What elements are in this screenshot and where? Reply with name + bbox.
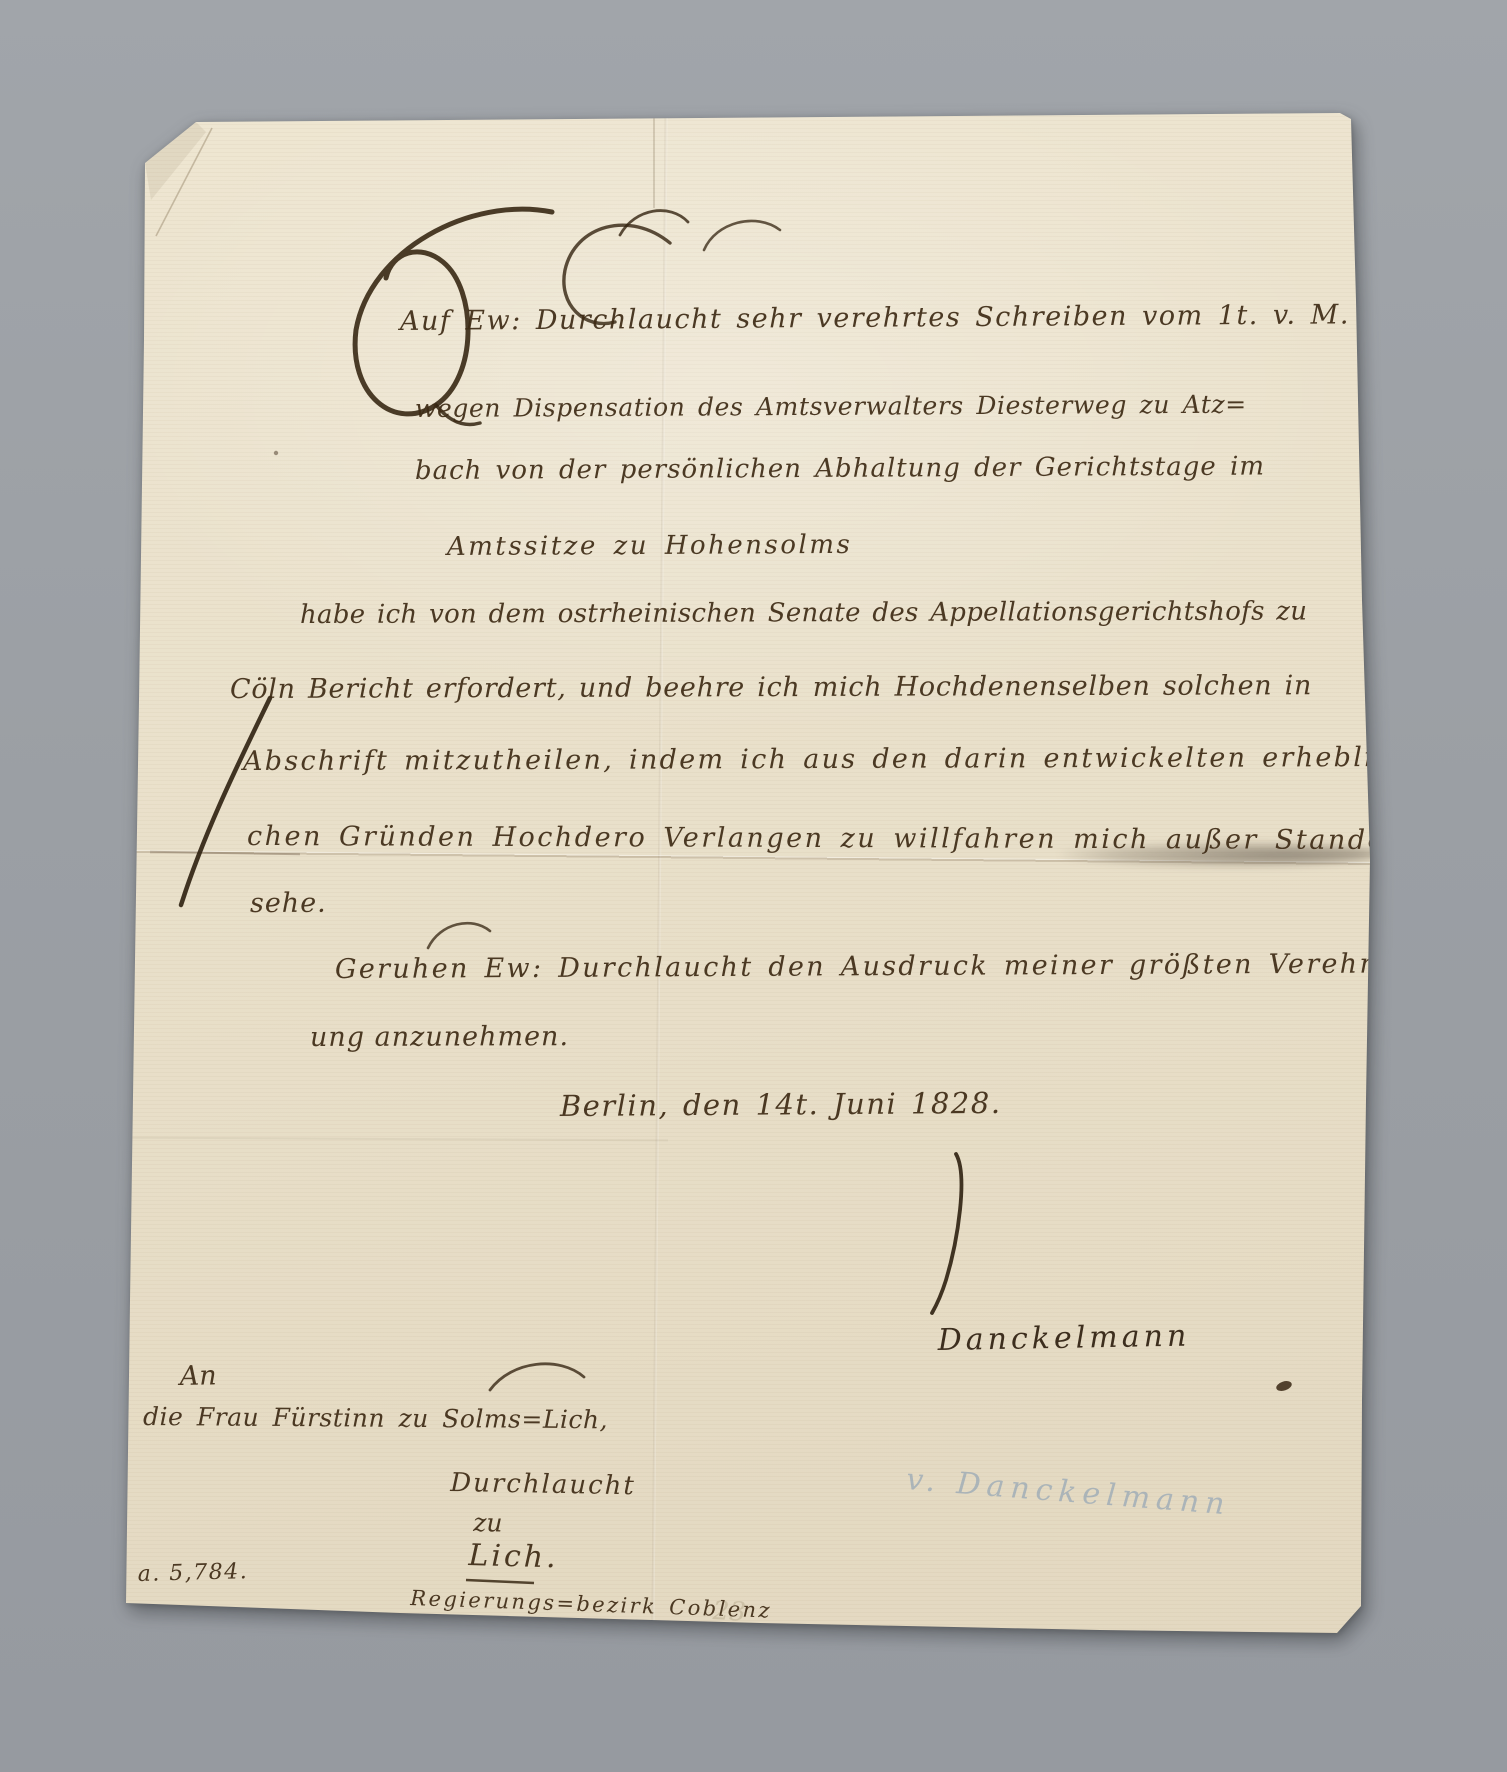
body-line-3: bach von der persönlichen Abhaltung der … [415, 452, 1265, 486]
signature-flourish [932, 1154, 961, 1313]
body-line-5: habe ich von dem ostrheinischen Senate d… [300, 596, 1307, 630]
corner-fold-crease [156, 128, 212, 236]
address-zu: zu [473, 1508, 503, 1538]
signature: Danckelmann [937, 1319, 1190, 1358]
address-recipient: die Frau Fürstinn zu Solms=Lich, [143, 1402, 608, 1434]
registry-number: a. 5,784. [137, 1559, 248, 1587]
ew-breve [620, 211, 688, 235]
body-line-4: Amtssitze zu Hohensolms [447, 530, 853, 562]
address-lich: Lich. [468, 1538, 559, 1575]
corner-and-ink-strokes [0, 0, 1507, 1772]
pencil-annotation: v. Danckelmann [905, 1462, 1232, 1522]
address-an: An [179, 1360, 216, 1392]
closing-line-1: Geruhen Ew: Durchlaucht den Ausdruck mei… [335, 949, 1375, 985]
paper-shadow: Auf Ew: Durchlaucht sehr verehrtes Schre… [0, 0, 1507, 1772]
body-line-7: Abschrift mitzutheilen, indem ich aus de… [243, 742, 1400, 777]
fold-tear-top-center [653, 118, 655, 208]
corner-fold-shade [145, 122, 206, 200]
body-line-2: wegen Dispensation des Amtsverwalters Di… [415, 390, 1247, 423]
closing-ew-breve [428, 923, 490, 948]
photograph-of-letter: Auf Ew: Durchlaucht sehr verehrtes Schre… [0, 0, 1507, 1772]
body-line-6: Cöln Bericht erfordert, und beehre ich m… [230, 670, 1312, 705]
lich-underline [466, 1580, 534, 1583]
paper-speck [274, 451, 278, 455]
letter-paper: Auf Ew: Durchlaucht sehr verehrtes Schre… [0, 0, 1507, 1772]
date-line: Berlin, den 14t. Juni 1828. [560, 1086, 1002, 1123]
fold-crease-faint-lower [128, 1137, 668, 1142]
ink-blot [1275, 1379, 1293, 1393]
body-line-1: Auf Ew: Durchlaucht sehr verehrtes Schre… [400, 299, 1350, 337]
margin-slash-mark [181, 698, 270, 905]
fold-crease-vertical [651, 113, 667, 1633]
address-swash [490, 1364, 584, 1390]
address-durchlaucht: Durchlaucht [450, 1468, 636, 1501]
closing-line-2: ung anzunehmen. [310, 1021, 569, 1053]
body-line-9: sehe. [250, 888, 327, 919]
durchlaucht-swash [704, 221, 780, 250]
address-district: Regierungs=bezirk Coblenz [410, 1586, 772, 1623]
body-line-8: chen Gründen Hochdero Verlangen zu willf… [247, 821, 1386, 856]
